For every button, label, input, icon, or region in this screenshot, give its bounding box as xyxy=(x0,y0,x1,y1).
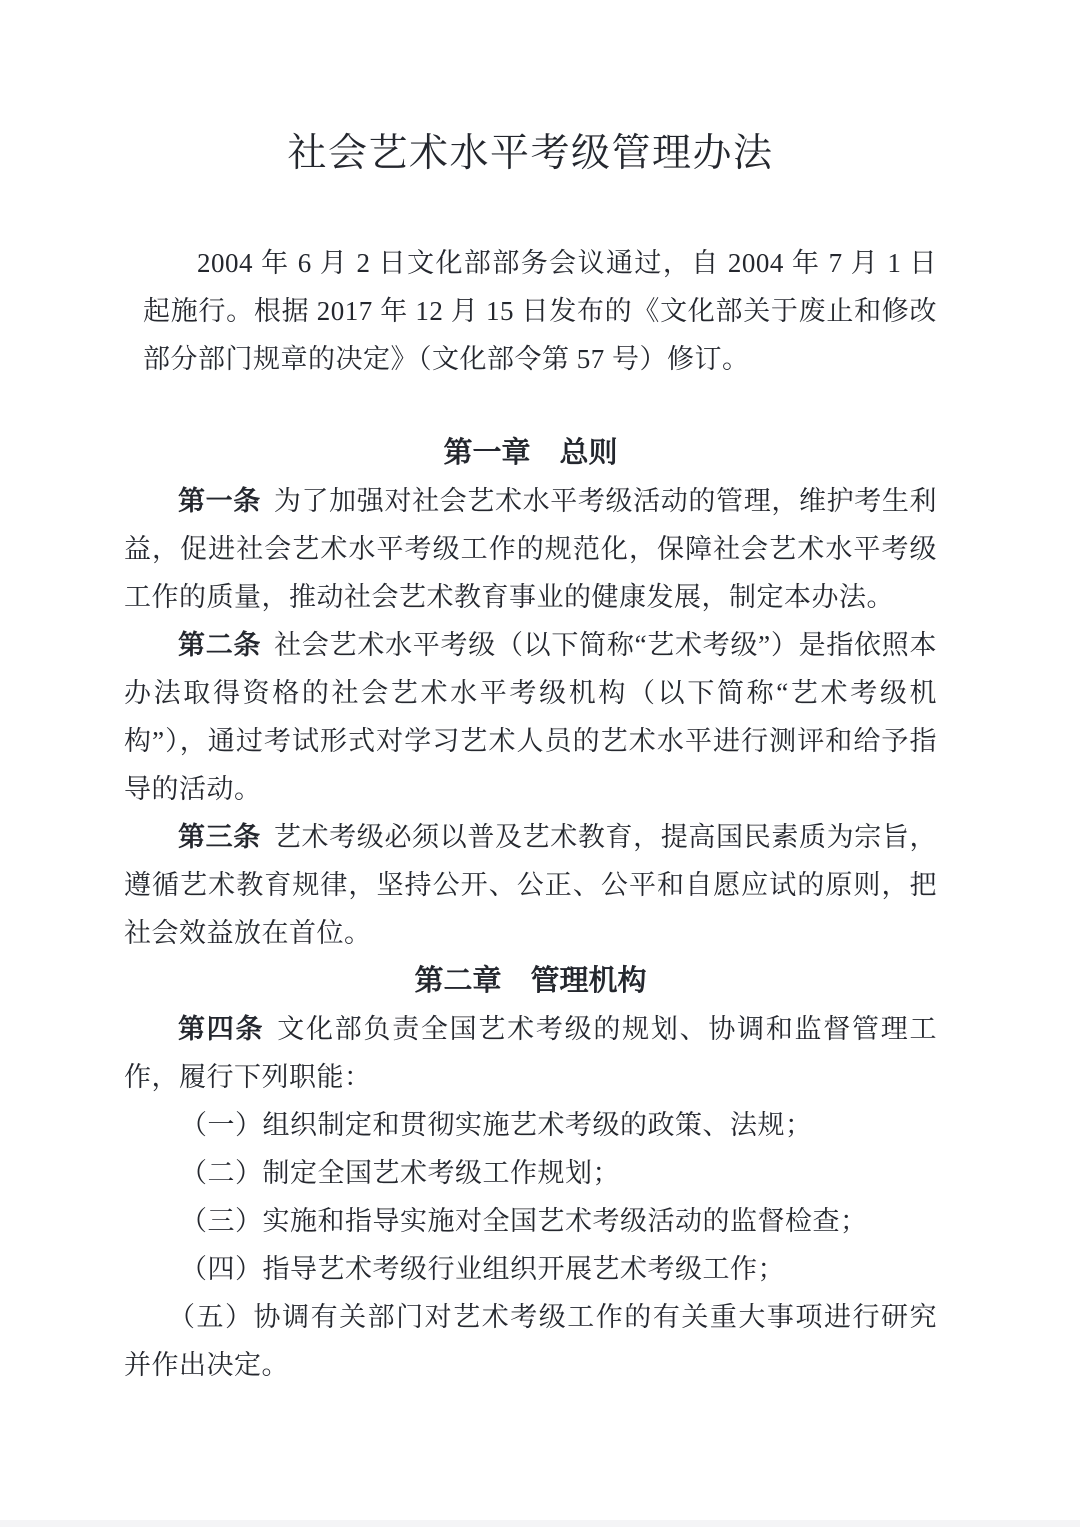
duty-item-2: （二）制定全国艺术考级工作规划； xyxy=(124,1149,937,1197)
document-body: 社会艺术水平考级管理办法 2004 年 6 月 2 日文化部部务会议通过，自 2… xyxy=(0,130,1080,1389)
document-title: 社会艺术水平考级管理办法 xyxy=(124,130,937,179)
page-edge-shadow xyxy=(0,1520,1080,1527)
article-1-label: 第一条 xyxy=(178,486,274,516)
article-1-paragraph: 第一条为了加强对社会艺术水平考级活动的管理，维护考生利益，促进社会艺术水平考级工… xyxy=(124,477,937,621)
revision-note: 2004 年 6 月 2 日文化部部务会议通过，自 2004 年 7 月 1 日… xyxy=(143,239,937,383)
duty-item-1: （一）组织制定和贯彻实施艺术考级的政策、法规； xyxy=(124,1101,937,1149)
duty-item-3: （三）实施和指导实施对全国艺术考级活动的监督检查； xyxy=(124,1197,937,1245)
article-3-label: 第三条 xyxy=(178,822,274,852)
chapter-1-heading: 第一章 总则 xyxy=(124,429,937,477)
chapter-2-heading: 第二章 管理机构 xyxy=(124,957,937,1005)
article-4-paragraph: 第四条文化部负责全国艺术考级的规划、协调和监督管理工作，履行下列职能： xyxy=(124,1005,937,1101)
document-page: { "doc": { "title": "社会艺术水平考级管理办法", "rev… xyxy=(0,0,1080,1527)
article-4-label: 第四条 xyxy=(178,1014,277,1044)
article-2-label: 第二条 xyxy=(178,630,274,660)
article-3-paragraph: 第三条艺术考级必须以普及艺术教育，提高国民素质为宗旨，遵循艺术教育规律，坚持公开… xyxy=(124,813,937,957)
article-2-paragraph: 第二条社会艺术水平考级（以下简称“艺术考级”）是指依照本办法取得资格的社会艺术水… xyxy=(124,621,937,813)
duty-item-5: （五）协调有关部门对艺术考级工作的有关重大事项进行研究并作出决定。 xyxy=(124,1293,937,1389)
duty-item-4: （四）指导艺术考级行业组织开展艺术考级工作； xyxy=(124,1245,937,1293)
